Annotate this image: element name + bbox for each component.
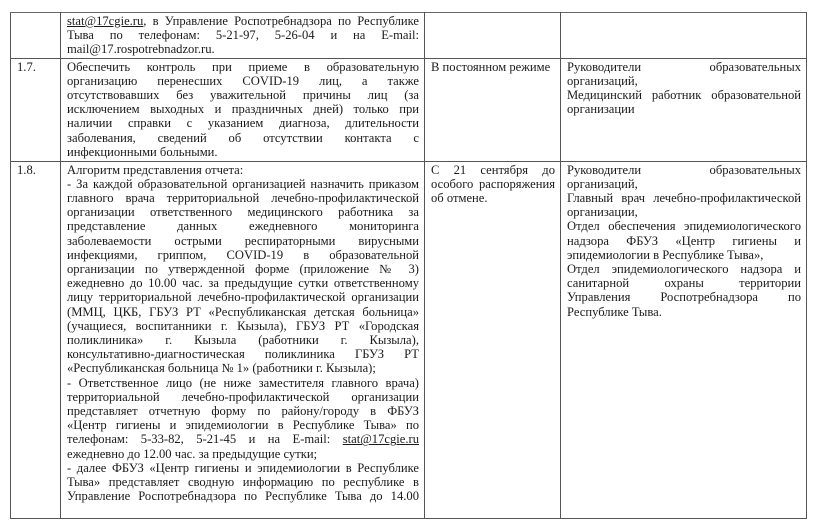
measure-text: заболеваемости острыми респираторными ви… (67, 234, 419, 248)
item-number-cell (11, 13, 61, 59)
measure-line: организацию перенесших COVID-19 лиц, а т… (67, 74, 419, 88)
measure-line: Тыва по телефонам: 5-21-97, 5-26-04 и на… (67, 28, 419, 42)
measure-line: ежедневно до 12.00 час. за предыдущие су… (67, 447, 419, 461)
measure-text: Управление Роспотребнадзора по Республик… (67, 489, 419, 503)
item-number-cell: 1.7. (11, 58, 61, 161)
email-link[interactable]: stat@17cgie.ru (343, 432, 419, 446)
responsible-line: Руководители образовательных (567, 163, 801, 177)
deadline-cell: В постоянном режиме (425, 58, 561, 161)
responsible-line: Руководители образовательных (567, 60, 801, 74)
measures-table-body: stat@17cgie.ru, в Управление Роспотребна… (11, 13, 807, 519)
measure-line: - далее ФБУЗ «Центр гигиены и эпидемиоло… (67, 461, 419, 475)
measure-line: организации ответственного медицинского … (67, 205, 419, 219)
measure-text: представляет отчетную форму по району/го… (67, 404, 419, 418)
measure-text: «Республиканская больница № 1» (работник… (67, 361, 376, 375)
measure-text: mail@17.rospotrebnadzor.ru. (67, 42, 215, 56)
measure-text: (учащиеся, воспитанники г. Кызыла), ГБУЗ… (67, 319, 419, 333)
measure-text: Обеспечить контроль при приеме в образов… (67, 60, 419, 74)
measure-line: Алгоритм представления отчета: (67, 163, 419, 177)
responsible-line: Главный врач лечебно-профилактической (567, 191, 801, 205)
measure-text: поликлиника» г. Кызыла (работники г. Кыз… (67, 333, 419, 347)
responsible-cell (561, 13, 807, 59)
responsible-line: организаций, (567, 74, 801, 88)
measure-text: наличии справки с указанием диагноза, дл… (67, 116, 419, 130)
item-number: 1.7. (17, 60, 36, 74)
deadline-cell (425, 13, 561, 59)
measure-line: «Центр гигиены и эпидемиологии в Республ… (67, 418, 419, 432)
responsible-line: Отдел эпидемиологического надзора и (567, 262, 801, 276)
measure-text: лицу территориальной лечебно-профилактич… (67, 290, 419, 304)
measure-line: главного врача территориальной лечебно-п… (67, 191, 419, 205)
measure-text: Тыва по телефонам: 5-21-97, 5-26-04 и на… (67, 28, 419, 42)
deadline-line: В постоянном режиме (431, 60, 555, 74)
measure-cell: Алгоритм представления отчета:- За каждо… (61, 161, 425, 518)
measure-text: , в Управление Роспотребнадзора по Респу… (143, 14, 419, 28)
measure-text: территориальной лечебно-профилактической… (67, 390, 419, 404)
responsible-line: Управления Роспотребнадзора по (567, 290, 801, 304)
measure-line: территориальной лечебно-профилактической… (67, 390, 419, 404)
measure-text: Алгоритм представления отчета: (67, 163, 243, 177)
measure-line: поликлиника» г. Кызыла (работники г. Кыз… (67, 333, 419, 347)
measure-line: «Республиканская больница № 1» (работник… (67, 361, 419, 375)
measure-text: отсутствовавших без уважительной причины… (67, 88, 419, 102)
measure-text: главного врача территориальной лечебно-п… (67, 191, 419, 205)
measure-line: инфекционными больными. (67, 145, 419, 159)
measure-text: - Ответственное лицо (не ниже заместител… (67, 376, 419, 390)
measure-text: организации ответственного медицинского … (67, 205, 419, 219)
measure-text: ежедневно до 10.00 час. за предыдущие су… (67, 276, 419, 290)
measure-line: - За каждой образовательной организацией… (67, 177, 419, 191)
measure-cell: Обеспечить контроль при приеме в образов… (61, 58, 425, 161)
measure-text: инфекционными больными. (67, 145, 218, 159)
measure-line: ежедневно до 10.00 час. за предыдущие су… (67, 276, 419, 290)
responsible-line: организации, (567, 205, 801, 219)
measure-cell: stat@17cgie.ru, в Управление Роспотребна… (61, 13, 425, 59)
table-row: 1.7.Обеспечить контроль при приеме в обр… (11, 58, 807, 161)
measure-text: телефонам: 5-33-82, 5-21-45 и на E-mail: (67, 432, 343, 446)
responsible-line: эпидемиологии в Республике Тыва», (567, 248, 801, 262)
item-number: 1.8. (17, 163, 36, 177)
measure-line: (учащиеся, воспитанники г. Кызыла), ГБУЗ… (67, 319, 419, 333)
measure-line: отсутствовавших без уважительной причины… (67, 88, 419, 102)
measure-line: инфекциями, гриппом, COVID-19 в образова… (67, 248, 419, 262)
measure-line: Управление Роспотребнадзора по Республик… (67, 489, 419, 503)
measure-line: наличии справки с указанием диагноза, дл… (67, 116, 419, 130)
measure-line: телефонам: 5-33-82, 5-21-45 и на E-mail:… (67, 432, 419, 446)
responsible-cell: Руководители образовательныхорганизаций,… (561, 161, 807, 518)
measure-line: лицу территориальной лечебно-профилактич… (67, 290, 419, 304)
measure-text: исключением выходных и праздничных дней)… (67, 102, 419, 116)
item-number-cell: 1.8. (11, 161, 61, 518)
measure-line: консультативно-диагностическая поликлини… (67, 347, 419, 361)
table-row: 1.8.Алгоритм представления отчета:- За к… (11, 161, 807, 518)
responsible-cell: Руководители образовательныхорганизаций,… (561, 58, 807, 161)
responsible-line: Медицинский работник образовательной (567, 88, 801, 102)
email-link[interactable]: stat@17cgie.ru (67, 14, 143, 28)
measure-line: mail@17.rospotrebnadzor.ru. (67, 42, 419, 56)
measure-text: заболевания, сведений об отсутствии конт… (67, 131, 419, 145)
table-row: stat@17cgie.ru, в Управление Роспотребна… (11, 13, 807, 59)
measures-table: stat@17cgie.ru, в Управление Роспотребна… (10, 12, 807, 519)
responsible-line: Отдел обеспечения эпидемиологического (567, 219, 801, 233)
deadline-line: об отмене. (431, 191, 555, 205)
measure-text: «Центр гигиены и эпидемиологии в Республ… (67, 418, 419, 432)
measure-line: организации по утвержденной форме (прило… (67, 262, 419, 276)
measure-text: организацию перенесших COVID-19 лиц, а т… (67, 74, 419, 88)
responsible-line: организации (567, 102, 801, 116)
responsible-line: надзора ФБУЗ «Центр гигиены и (567, 234, 801, 248)
responsible-line: Республике Тыва. (567, 305, 801, 319)
measure-line: представление данных ежедневного монитор… (67, 219, 419, 233)
measure-text: организации по утвержденной форме (прило… (67, 262, 419, 276)
deadline-line: особого распоряжения (431, 177, 555, 191)
responsible-line: организаций, (567, 177, 801, 191)
measure-line: заболеваемости острыми респираторными ви… (67, 234, 419, 248)
measure-text: Тыва» представляет сводную информацию по… (67, 475, 419, 489)
deadline-cell: С 21 сентября доособого распоряженияоб о… (425, 161, 561, 518)
measure-line: (ММЦ, ЦКБ, ГБУЗ РТ «Республиканская детс… (67, 305, 419, 319)
measure-line: Тыва» представляет сводную информацию по… (67, 475, 419, 489)
measure-text: - За каждой образовательной организацией… (67, 177, 419, 191)
measure-text: (ММЦ, ЦКБ, ГБУЗ РТ «Республиканская детс… (67, 305, 419, 319)
measure-text: ежедневно до 12.00 час. за предыдущие су… (67, 447, 317, 461)
measure-line: заболевания, сведений об отсутствии конт… (67, 131, 419, 145)
measure-text: инфекциями, гриппом, COVID-19 в образова… (67, 248, 419, 262)
measure-line: Обеспечить контроль при приеме в образов… (67, 60, 419, 74)
measure-line: исключением выходных и праздничных дней)… (67, 102, 419, 116)
responsible-line: санитарной охраны территории (567, 276, 801, 290)
measure-text: представление данных ежедневного монитор… (67, 219, 419, 233)
deadline-line: С 21 сентября до (431, 163, 555, 177)
measure-line: представляет отчетную форму по району/го… (67, 404, 419, 418)
measure-text: - далее ФБУЗ «Центр гигиены и эпидемиоло… (67, 461, 419, 475)
measure-line: stat@17cgie.ru, в Управление Роспотребна… (67, 14, 419, 28)
measure-text: консультативно-диагностическая поликлини… (67, 347, 419, 361)
measure-line: - Ответственное лицо (не ниже заместител… (67, 376, 419, 390)
